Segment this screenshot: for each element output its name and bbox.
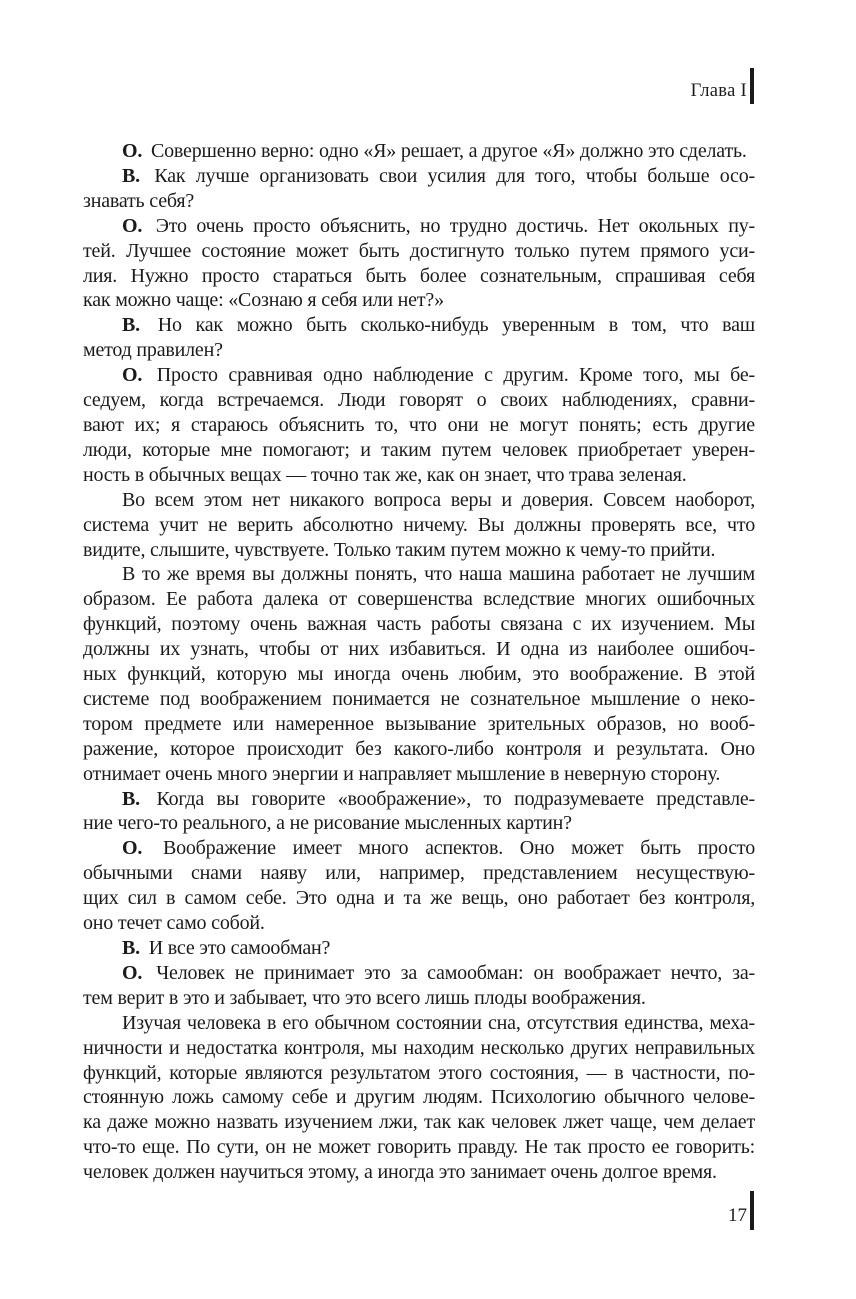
speaker-label: В. — [122, 314, 140, 336]
text-line: В. Как лучше организовать свои усилия дл… — [83, 164, 755, 189]
speaker-label: О. — [122, 215, 142, 237]
speaker-label: В. — [122, 165, 140, 187]
text-line: ние чего-то реального, а не рисование мы… — [83, 811, 755, 836]
paragraph: Во всем этом нет никакого вопроса веры и… — [83, 488, 755, 563]
paragraph: О. Просто сравнивая одно наблюдение с др… — [83, 363, 755, 488]
text-line: О. Это очень просто объяснить, но трудно… — [83, 214, 755, 239]
text-line: ных функций, которую мы иногда очень люб… — [83, 662, 755, 687]
text-line: как можно чаще: «Сознаю я себя или нет?» — [83, 288, 755, 313]
text-line: стоянную ложь самому себе и другим людям… — [83, 1085, 755, 1110]
text-line: Во всем этом нет никакого вопроса веры и… — [83, 488, 755, 513]
paragraph: В то же время вы должны понять, что наша… — [83, 562, 755, 786]
text-line: лия. Нужно просто стараться быть более с… — [83, 264, 755, 289]
text-line: системе под воображением понимается не с… — [83, 687, 755, 712]
text-line: О. Совершенно верно: одно «Я» решает, а … — [83, 139, 755, 164]
text-line: должны их узнать, чтобы от них избавитьс… — [83, 637, 755, 662]
text-line: щих сил в самом себе. Это одна и та же в… — [83, 886, 755, 911]
text-line: В. И все это самообман? — [83, 936, 755, 961]
speaker-label: В. — [122, 937, 140, 959]
text-line: ность в обычных вещах — точно так же, ка… — [83, 463, 755, 488]
paragraph: О. Человек не принимает это за самообман… — [83, 961, 755, 1011]
text-line: обычными снами наяву или, например, пред… — [83, 861, 755, 886]
speaker-label: О. — [122, 140, 142, 162]
text-line: что-то еще. По сути, он не может говорит… — [83, 1135, 755, 1160]
text-line: Изучая человека в его обычном состоянии … — [83, 1011, 755, 1036]
text-line: метод правилен? — [83, 338, 755, 363]
paragraph: В. Но как можно быть сколько-нибудь увер… — [83, 313, 755, 363]
paragraph: В. Как лучше организовать свои усилия дл… — [83, 164, 755, 214]
paragraph: Изучая человека в его обычном состоянии … — [83, 1011, 755, 1185]
text-line: ражение, которое происходит без какого-л… — [83, 737, 755, 762]
text-line: О. Человек не принимает это за самообман… — [83, 961, 755, 986]
paragraph: В. Когда вы говорите «воображение», то п… — [83, 787, 755, 837]
paragraph: О. Воображение имеет много аспектов. Оно… — [83, 836, 755, 936]
header-rule — [750, 68, 754, 104]
speaker-label: О. — [122, 962, 142, 984]
text-line: седуем, когда встречаемся. Люди говорят … — [83, 388, 755, 413]
text-line: знавать себя? — [83, 189, 755, 214]
text-line: В. Но как можно быть сколько-нибудь увер… — [83, 313, 755, 338]
text-line: тором предмете или намеренное вызывание … — [83, 712, 755, 737]
footer-rule — [750, 1191, 754, 1230]
chapter-label: Глава I — [691, 82, 747, 101]
text-line: ка даже можно назвать изучением лжи, так… — [83, 1110, 755, 1135]
speaker-label: В. — [122, 788, 140, 810]
text-line: система учит не верить абсолютно ничему.… — [83, 513, 755, 538]
text-line: В то же время вы должны понять, что наша… — [83, 562, 755, 587]
text-line: тей. Лучшее состояние может быть достигн… — [83, 239, 755, 264]
paragraph: О. Это очень просто объяснить, но трудно… — [83, 214, 755, 314]
text-line: функций, поэтому очень важная часть рабо… — [83, 612, 755, 637]
paragraph: О. Совершенно верно: одно «Я» решает, а … — [83, 139, 755, 164]
paragraph: В. И все это самообман? — [83, 936, 755, 961]
text-line: отнимает очень много энергии и направляе… — [83, 762, 755, 787]
text-line: ничности и недостатка контроля, мы наход… — [83, 1036, 755, 1061]
text-line: человек должен научиться этому, а иногда… — [83, 1160, 755, 1185]
page-number: 17 — [728, 1206, 747, 1225]
text-line: О. Воображение имеет много аспектов. Оно… — [83, 836, 755, 861]
speaker-label: О. — [122, 837, 142, 859]
text-line: функций, которые являются результатом эт… — [83, 1061, 755, 1086]
book-page: Глава I О. Совершенно верно: одно «Я» ре… — [0, 0, 856, 1299]
text-line: люди, которые мне помогают; и таким путе… — [83, 438, 755, 463]
speaker-label: О. — [122, 364, 142, 386]
text-line: оно течет само собой. — [83, 911, 755, 936]
text-line: тем верит в это и забывает, что это всег… — [83, 986, 755, 1011]
text-line: О. Просто сравнивая одно наблюдение с др… — [83, 363, 755, 388]
text-line: вают их; я стараюсь объяснить то, что он… — [83, 413, 755, 438]
text-line: В. Когда вы говорите «воображение», то п… — [83, 787, 755, 812]
text-line: видите, слышите, чувствуете. Только таки… — [83, 538, 755, 563]
text-line: образом. Ее работа далека от совершенств… — [83, 587, 755, 612]
page-body: О. Совершенно верно: одно «Я» решает, а … — [83, 139, 755, 1185]
